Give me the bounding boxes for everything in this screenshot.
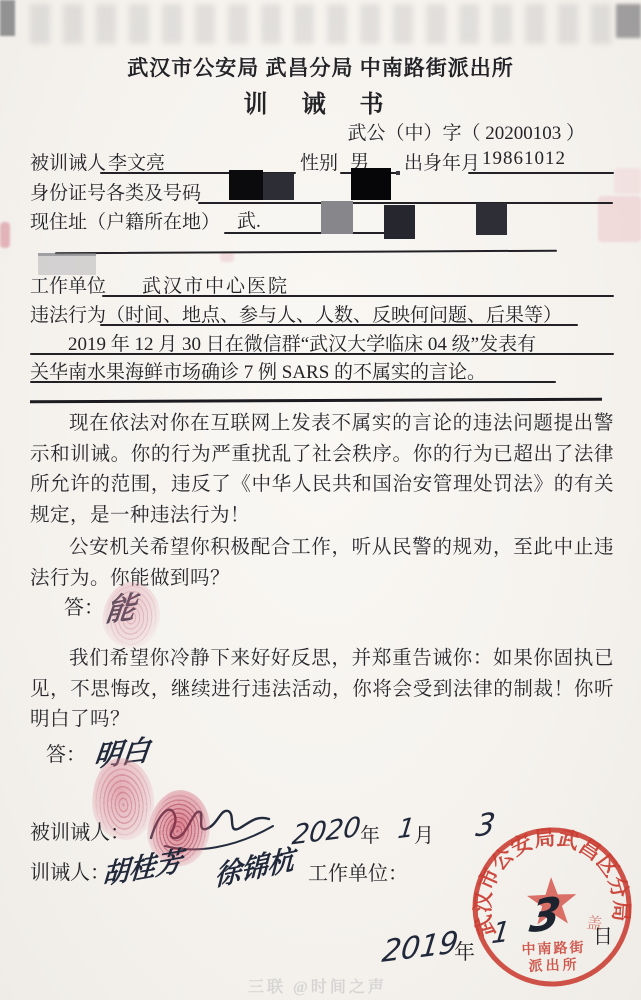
admonisher-signature-1: 胡桂芳	[101, 844, 184, 887]
violation-label-underline	[100, 324, 578, 326]
document-title: 训 诫 书	[0, 84, 641, 119]
redaction-box-addr-2	[384, 205, 415, 239]
address-continuation-underline	[55, 250, 557, 255]
work-label: 工作单位	[30, 271, 106, 298]
red-tick-left-edge	[0, 222, 10, 248]
birth-underline	[468, 172, 614, 174]
person-value: 李文亮	[108, 148, 165, 175]
admonished-label: 被训诫人：	[30, 816, 130, 845]
date1-month-hand: 1	[398, 814, 415, 844]
scan-corner-mark-right	[616, 4, 641, 38]
redaction-box-id-1	[229, 170, 263, 200]
date1-year-hand: 2020	[292, 816, 361, 847]
address-label: 现住址（户籍所在地）	[30, 207, 220, 234]
admonisher-signature-2: 徐锦杭	[212, 843, 296, 889]
date2-day-char: 日	[593, 920, 613, 949]
birth-label: 出身年月	[404, 148, 480, 175]
pink-smudge-top-center	[220, 252, 234, 262]
person-label: 被训诫人	[30, 148, 106, 175]
section-separator	[30, 398, 602, 403]
violation-line2-underline	[30, 381, 556, 383]
answer1-label: 答：	[64, 591, 104, 620]
date2-year-hand: 2019	[382, 930, 458, 965]
watermark: 三联 @时间之声	[248, 974, 387, 997]
address-underline	[224, 232, 404, 234]
date1-year-char: 年	[360, 819, 380, 848]
gender-label: 性别	[300, 148, 338, 175]
answer2-label: 答：	[46, 738, 86, 767]
document-number: 武公（中）字（ 20200103 ）	[270, 118, 585, 145]
redaction-box-id-3	[351, 168, 391, 200]
scan-corner-mark-left	[0, 0, 15, 36]
violation-line1-underline	[30, 353, 614, 355]
work-unit-bottom-label: 工作单位：	[308, 857, 408, 886]
date2-month-hand: 1	[492, 916, 510, 949]
id-label: 身份证号各类及号码	[30, 178, 201, 205]
admonition-document: 武汉市公安局 武昌分局 中南路街派出所 训 诫 书 武公（中）字（ 202001…	[0, 0, 641, 1000]
paragraph-warning: 现在依法对你在互联网上发表不属实的言论的违法问题提出警示和训诫。你的行为严重扰乱…	[30, 409, 614, 531]
redaction-box-addr-1	[321, 201, 353, 234]
id-underline	[198, 202, 613, 204]
work-underline	[102, 295, 614, 297]
admonisher-label: 训诫人：	[30, 856, 110, 885]
redaction-dot	[396, 171, 400, 175]
redaction-box-id-2	[263, 173, 294, 200]
violation-line2: 关华南水果海鲜市场确诊 7 例 SARS 的不属实的言论。	[30, 357, 486, 384]
date1-month-char: 月	[414, 819, 434, 848]
seal-inner-line2: 派出所	[528, 956, 580, 975]
work-value: 武汉市中心医院	[142, 271, 289, 298]
address-value: 武.	[237, 206, 261, 233]
scan-bleed-band	[30, 4, 620, 44]
violation-line1: 2019 年 12 月 30 日在微信群“武汉大学临床 04 级”发表有	[68, 329, 536, 356]
birth-value: 19861012	[482, 148, 566, 170]
agency-title: 武汉市公安局 武昌分局 中南路街派出所	[0, 52, 641, 82]
paragraph-final-warning: 我们希望你冷静下来好好反思，并郑重告诫你：如果你固执已见，不思悔改，继续进行违法…	[30, 644, 614, 736]
violation-label: 违法行为（时间、地点、参与人、人数、反映何问题、后果等）	[30, 300, 562, 327]
date2-year-char: 年	[454, 936, 475, 966]
date2-day-hand: 3	[530, 890, 561, 941]
redaction-box-addr-3	[476, 203, 507, 235]
pink-smudge-right-2	[614, 168, 641, 194]
